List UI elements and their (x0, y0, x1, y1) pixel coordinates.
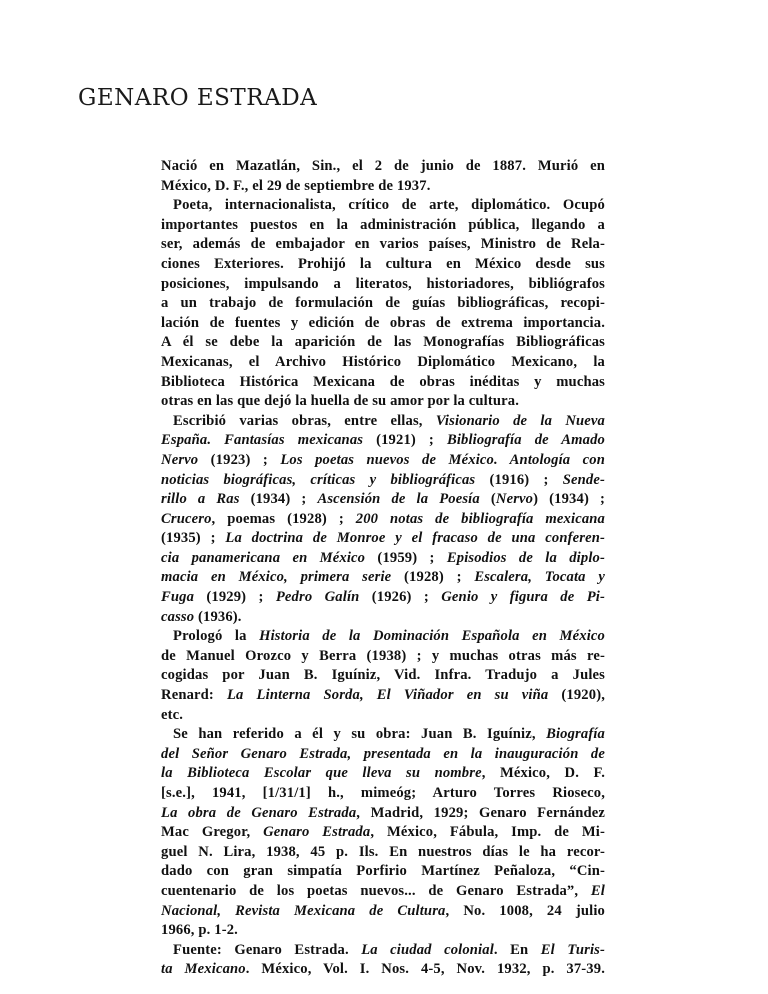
text-segment: lación de fuentes y edición de obras de … (161, 315, 605, 331)
text-segment: . En (494, 942, 541, 958)
italic-text: Nervo (496, 491, 533, 507)
text-segment: a un trabajo de formulación de guías bib… (161, 295, 605, 311)
text-segment: (1929) ; (194, 589, 276, 605)
text-line: Nervo (1923) ; Los poetas nuevos de Méxi… (161, 451, 605, 471)
text-segment: posiciones, impulsando a literatos, hist… (161, 276, 605, 292)
text-line: lación de fuentes y edición de obras de … (161, 314, 605, 334)
text-segment: Mac Gregor, (161, 824, 263, 840)
text-segment: dado con gran simpatía Porfirio Martínez… (161, 863, 605, 879)
italic-text: cia panamericana en México (161, 550, 365, 566)
text-segment: ( (480, 491, 496, 507)
text-line: ta Mexicano. México, Vol. I. Nos. 4-5, N… (161, 960, 605, 980)
text-line: Poeta, internacionalista, crítico de art… (161, 196, 605, 216)
text-line: casso (1936). (161, 608, 605, 628)
italic-text: 200 notas de bibliografía mexicana (356, 511, 605, 527)
text-segment: (1936). (194, 609, 241, 625)
text-line: ser, además de embajador en varios paíse… (161, 235, 605, 255)
text-line: México, D. F., el 29 de septiembre de 19… (161, 177, 605, 197)
italic-text: España. Fantasías mexicanas (161, 432, 363, 448)
text-segment: Fuente: Genaro Estrada. (173, 942, 361, 958)
text-line: noticias biográficas, críticas y bibliog… (161, 471, 605, 491)
text-line: Fuga (1929) ; Pedro Galín (1926) ; Genio… (161, 588, 605, 608)
text-line: cuentenario de los poetas nuevos... de G… (161, 882, 605, 902)
text-line: rillo a Ras (1934) ; Ascensión de la Poe… (161, 490, 605, 510)
italic-text: La doctrina de Monroe y el fracaso de un… (225, 530, 605, 546)
text-segment: (1921) ; (363, 432, 447, 448)
italic-text: El (591, 883, 605, 899)
text-segment: México, D. F., el 29 de septiembre de 19… (161, 178, 431, 194)
text-segment: (1935) ; (161, 530, 225, 546)
text-line: cogidas por Juan B. Iguíniz, Vid. Infra.… (161, 666, 605, 686)
text-line: cia panamericana en México (1959) ; Epis… (161, 549, 605, 569)
text-segment: guel N. Lira, 1938, 45 p. Ils. En nuestr… (161, 844, 605, 860)
italic-text: Visionario de la Nueva (436, 413, 605, 429)
text-segment: [s.e.], 1941, [1/31/1] h., mimeóg; Artur… (161, 785, 605, 801)
text-line: importantes puestos en la administración… (161, 216, 605, 236)
italic-text: Genio y figura de Pi- (441, 589, 605, 605)
italic-text: casso (161, 609, 194, 625)
text-segment: Mexicanas, el Archivo Histórico Diplomát… (161, 354, 605, 370)
italic-text: La ciudad colonial (361, 942, 494, 958)
text-line: del Señor Genaro Estrada, presentada en … (161, 745, 605, 765)
text-segment: , No. 1008, 24 julio (445, 903, 605, 919)
italic-text: noticias biográficas, críticas y bibliog… (161, 472, 475, 488)
text-segment: . México, Vol. I. Nos. 4-5, Nov. 1932, p… (246, 961, 605, 977)
italic-text: macia en México, primera serie (161, 569, 391, 585)
italic-text: La Linterna Sorda, El Viñador en su viña (227, 687, 548, 703)
text-segment: 1966, p. 1-2. (161, 922, 238, 938)
italic-text: Escalera, Tocata y (474, 569, 605, 585)
text-segment: de Manuel Orozco y Berra (1938) ; y much… (161, 648, 605, 664)
italic-text: Genaro Estrada (263, 824, 370, 840)
text-segment: ) (1934) ; (533, 491, 605, 507)
document-title: GENARO ESTRADA (78, 85, 317, 111)
text-line: (1935) ; La doctrina de Monroe y el frac… (161, 529, 605, 549)
text-line: Nació en Mazatlán, Sin., el 2 de junio d… (161, 157, 605, 177)
italic-text: Bibliografía de Amado (447, 432, 605, 448)
text-segment: Renard: (161, 687, 227, 703)
text-line: Crucero, poemas (1928) ; 200 notas de bi… (161, 510, 605, 530)
text-line: Biblioteca Histórica Mexicana de obras i… (161, 373, 605, 393)
italic-text: Biografía (546, 726, 605, 742)
text-segment: Prologó la (173, 628, 259, 644)
text-line: posiciones, impulsando a literatos, hist… (161, 275, 605, 295)
italic-text: Nervo (161, 452, 198, 468)
text-line: a un trabajo de formulación de guías bib… (161, 294, 605, 314)
text-segment: , México, D. F. (482, 765, 605, 781)
text-line: etc. (161, 706, 605, 726)
text-line: [s.e.], 1941, [1/31/1] h., mimeóg; Artur… (161, 784, 605, 804)
text-line: A él se debe la aparición de las Monogra… (161, 333, 605, 353)
text-segment: , poemas (1928) ; (212, 511, 356, 527)
text-line: La obra de Genaro Estrada, Madrid, 1929;… (161, 804, 605, 824)
text-line: Renard: La Linterna Sorda, El Viñador en… (161, 686, 605, 706)
italic-text: Historia de la Dominación Española en Mé… (259, 628, 605, 644)
text-line: otras en las que dejó la huella de su am… (161, 392, 605, 412)
italic-text: rillo a Ras (161, 491, 240, 507)
italic-text: Fuga (161, 589, 194, 605)
text-line: de Manuel Orozco y Berra (1938) ; y much… (161, 647, 605, 667)
text-segment: , Madrid, 1929; Genaro Fernández (356, 805, 605, 821)
text-segment: Biblioteca Histórica Mexicana de obras i… (161, 374, 605, 390)
text-line: Escribió varias obras, entre ellas, Visi… (161, 412, 605, 432)
italic-text: La obra de Genaro Estrada (161, 805, 356, 821)
text-segment: (1920), (548, 687, 605, 703)
text-line: España. Fantasías mexicanas (1921) ; Bib… (161, 431, 605, 451)
text-line: Mac Gregor, Genaro Estrada, México, Fábu… (161, 823, 605, 843)
text-segment: otras en las que dejó la huella de su am… (161, 393, 519, 409)
italic-text: del Señor Genaro Estrada, presentada en … (161, 746, 605, 762)
text-segment: Se han referido a él y su obra: Juan B. … (173, 726, 546, 742)
text-segment: ciones Exteriores. Prohijó la cultura en… (161, 256, 605, 272)
text-segment: importantes puestos en la administración… (161, 217, 605, 233)
text-segment: cuentenario de los poetas nuevos... de G… (161, 883, 591, 899)
text-segment: ser, además de embajador en varios paíse… (161, 236, 605, 252)
text-line: Nacional, Revista Mexicana de Cultura, N… (161, 902, 605, 922)
text-segment: , México, Fábula, Imp. de Mi- (370, 824, 605, 840)
text-segment: A él se debe la aparición de las Monogra… (161, 334, 605, 350)
text-line: dado con gran simpatía Porfirio Martínez… (161, 862, 605, 882)
document-body: Nació en Mazatlán, Sin., el 2 de junio d… (161, 157, 605, 980)
text-line: la Biblioteca Escolar que lleva su nombr… (161, 764, 605, 784)
text-segment: (1926) ; (359, 589, 441, 605)
text-segment: Nació en Mazatlán, Sin., el 2 de junio d… (161, 158, 605, 174)
text-line: 1966, p. 1-2. (161, 921, 605, 941)
text-segment: (1923) ; (198, 452, 280, 468)
italic-text: Los poetas nuevos de México. Antología c… (280, 452, 605, 468)
text-segment: etc. (161, 707, 183, 723)
text-line: macia en México, primera serie (1928) ; … (161, 568, 605, 588)
text-segment: (1916) ; (475, 472, 563, 488)
text-segment: (1959) ; (365, 550, 447, 566)
text-segment: (1934) ; (240, 491, 318, 507)
text-line: Fuente: Genaro Estrada. La ciudad coloni… (161, 941, 605, 961)
italic-text: Sende- (563, 472, 605, 488)
text-line: guel N. Lira, 1938, 45 p. Ils. En nuestr… (161, 843, 605, 863)
text-line: Prologó la Historia de la Dominación Esp… (161, 627, 605, 647)
text-line: ciones Exteriores. Prohijó la cultura en… (161, 255, 605, 275)
text-segment: cogidas por Juan B. Iguíniz, Vid. Infra.… (161, 667, 605, 683)
italic-text: El Turis- (541, 942, 605, 958)
text-line: Se han referido a él y su obra: Juan B. … (161, 725, 605, 745)
italic-text: Ascensión de la Poesía (317, 491, 479, 507)
text-segment: Escribió varias obras, entre ellas, (173, 413, 436, 429)
italic-text: Episodios de la diplo- (447, 550, 605, 566)
text-segment: Poeta, internacionalista, crítico de art… (173, 197, 605, 213)
text-line: Mexicanas, el Archivo Histórico Diplomát… (161, 353, 605, 373)
italic-text: Crucero (161, 511, 212, 527)
italic-text: ta Mexicano (161, 961, 246, 977)
italic-text: la Biblioteca Escolar que lleva su nombr… (161, 765, 482, 781)
italic-text: Pedro Galín (276, 589, 360, 605)
text-segment: (1928) ; (391, 569, 474, 585)
italic-text: Nacional, Revista Mexicana de Cultura (161, 903, 445, 919)
